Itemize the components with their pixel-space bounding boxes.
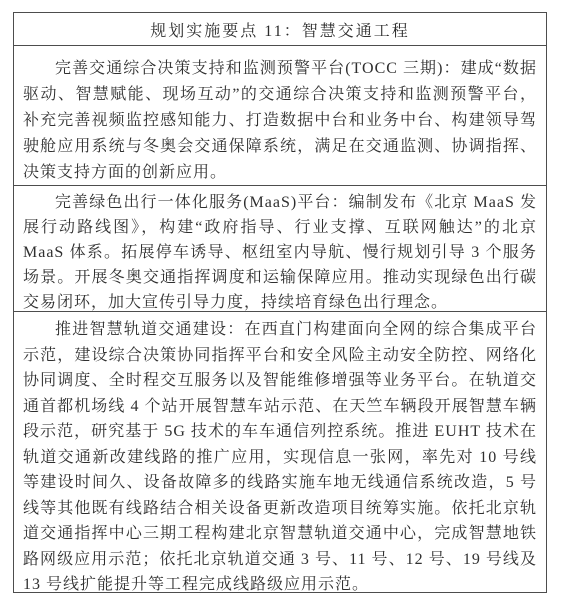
table-title-text: 规划实施要点 11：智慧交通工程 [150, 18, 409, 41]
table-title: 规划实施要点 11：智慧交通工程 [14, 13, 546, 46]
section-maas-platform-text: 完善绿色出行一体化服务(MaaS)平台：编制发布《北京 MaaS 发展行动路线图… [23, 190, 537, 312]
section-smart-rail: 推进智慧轨道交通建设：在西直门构建面向全网的综合集成平台示范，建设综合决策协同指… [14, 312, 546, 592]
planning-table: 规划实施要点 11：智慧交通工程 完善交通综合决策支持和监测预警平台(TOCC … [13, 12, 547, 593]
section-tocc-platform: 完善交通综合决策支持和监测预警平台(TOCC 三期)：建成“数据驱动、智慧赋能、… [14, 46, 546, 186]
section-smart-rail-text: 推进智慧轨道交通建设：在西直门构建面向全网的综合集成平台示范，建设综合决策协同指… [23, 317, 537, 592]
section-maas-platform: 完善绿色出行一体化服务(MaaS)平台：编制发布《北京 MaaS 发展行动路线图… [14, 186, 546, 312]
section-tocc-platform-text: 完善交通综合决策支持和监测预警平台(TOCC 三期)：建成“数据驱动、智慧赋能、… [23, 56, 537, 186]
